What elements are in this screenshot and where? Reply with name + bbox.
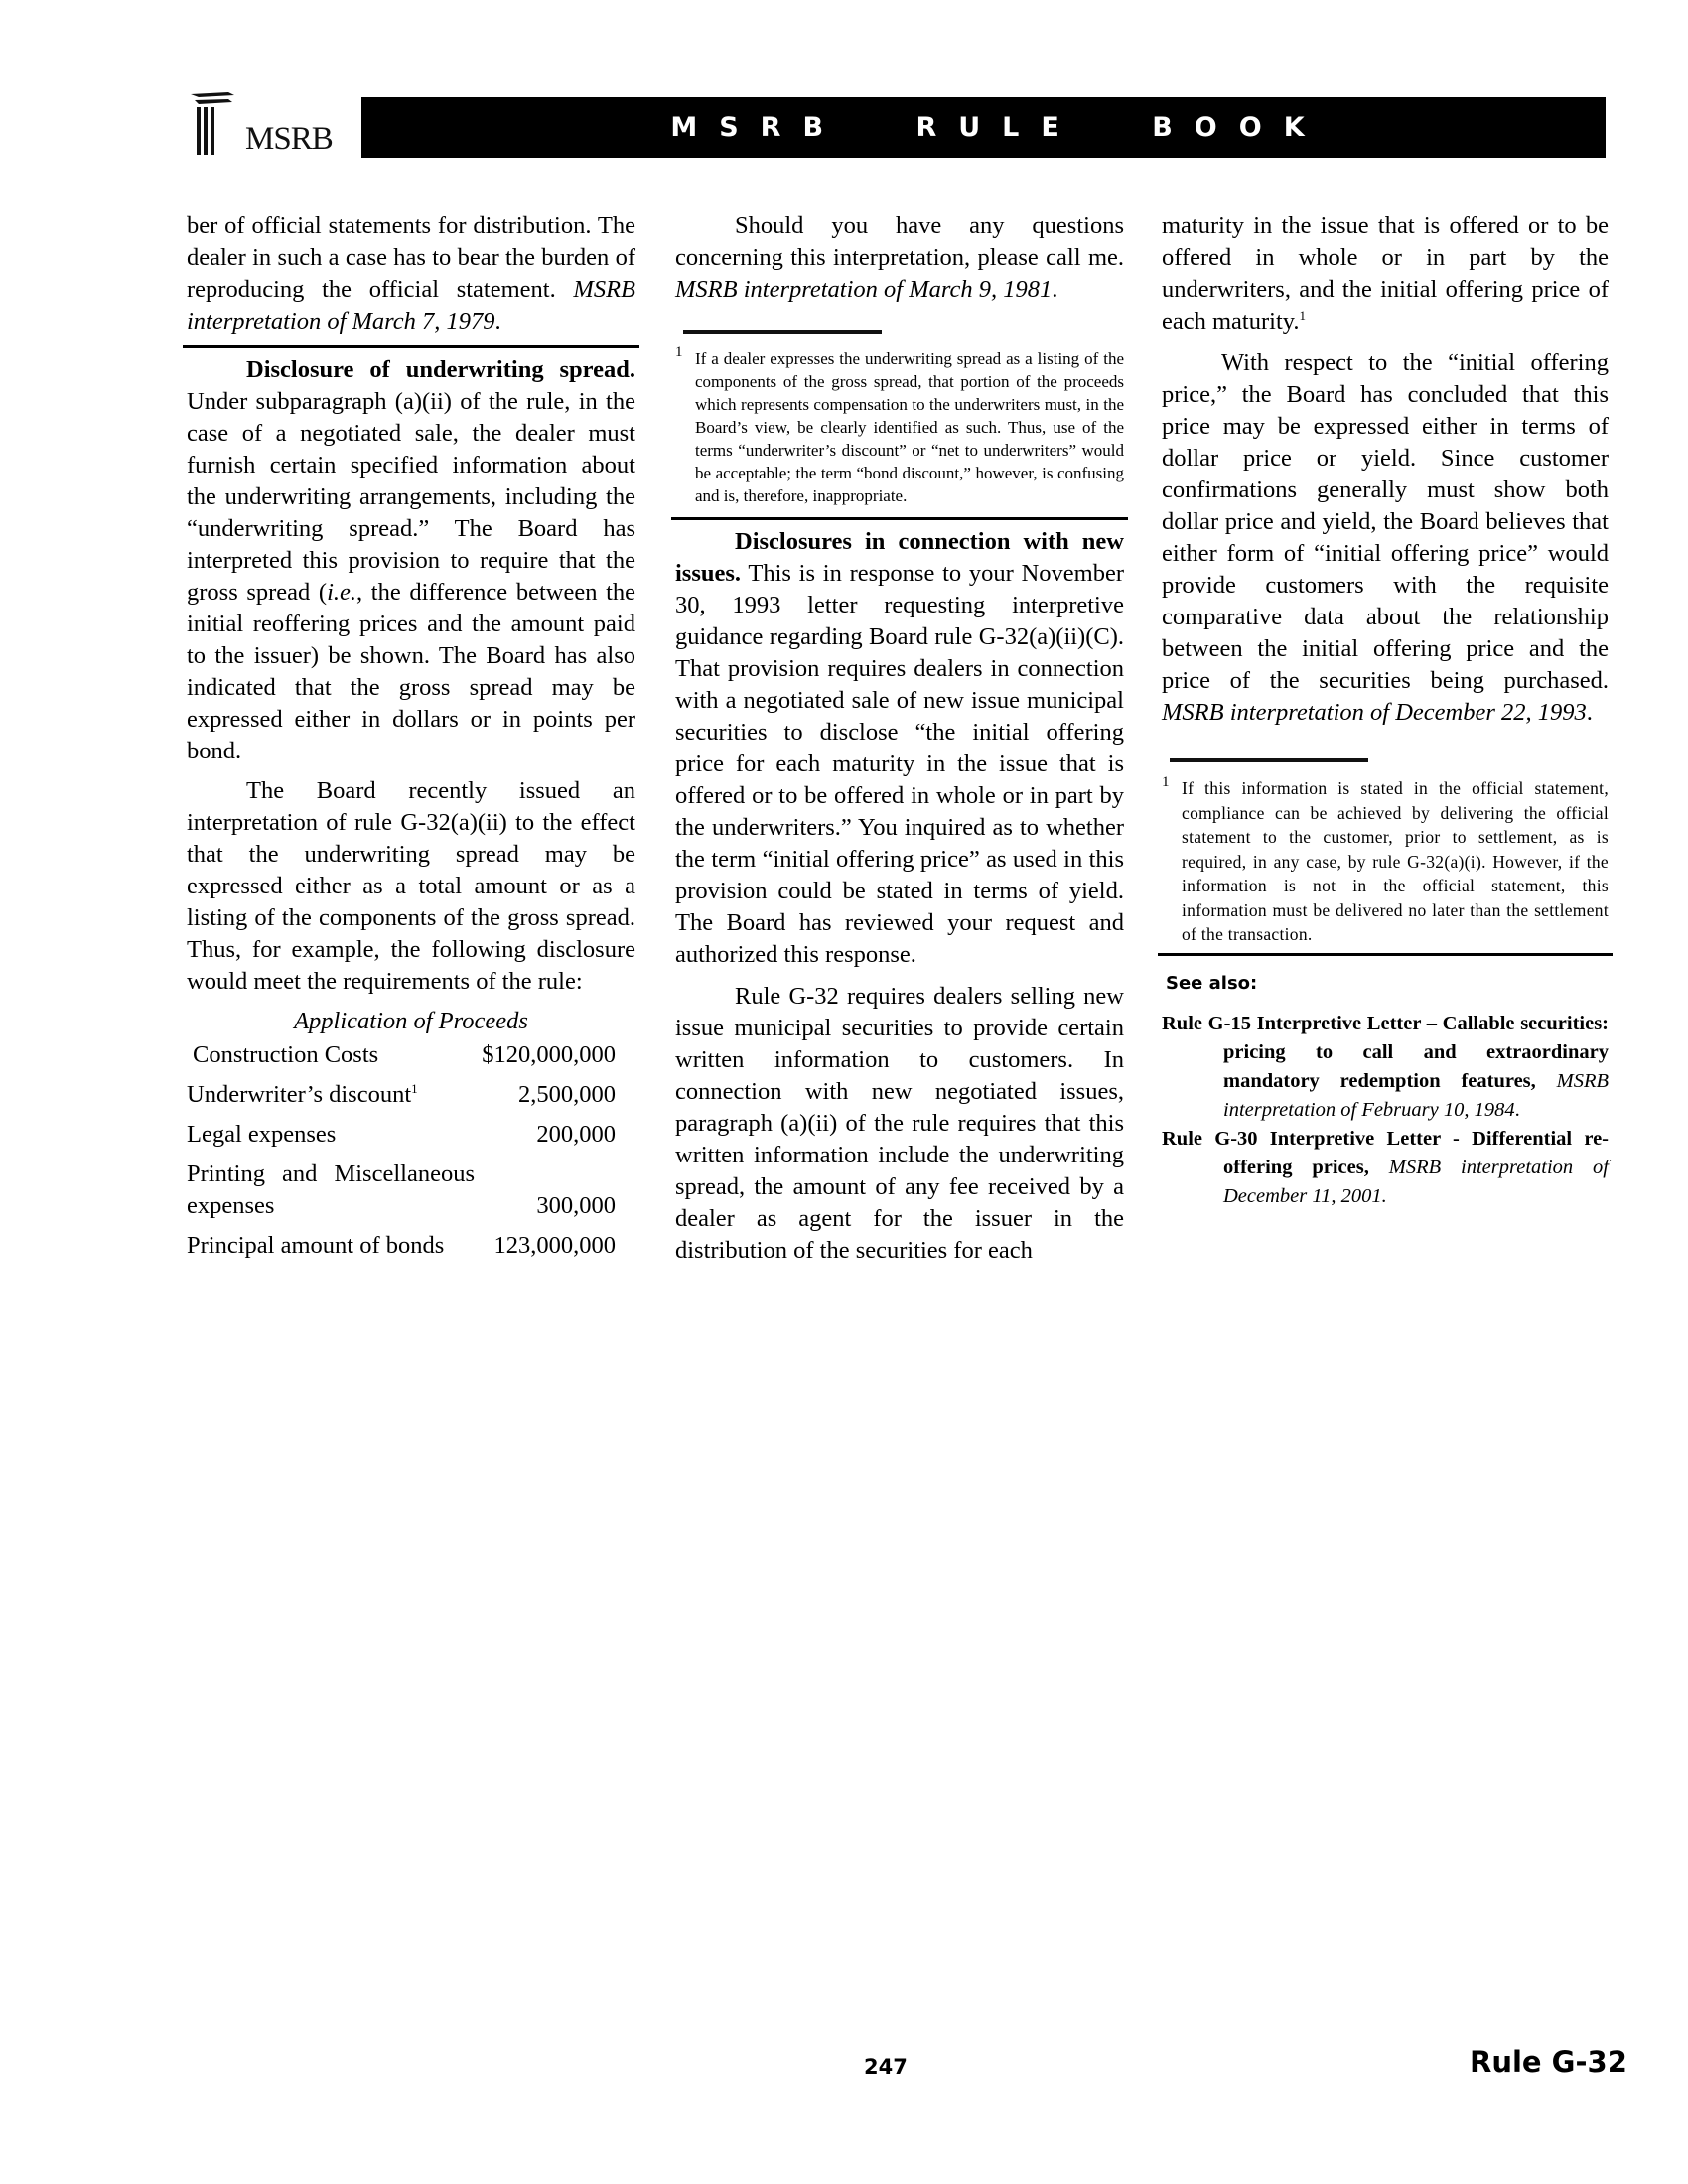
see-also-link[interactable]: Rule G-15 Interpretive Letter – Callable… (1162, 1010, 1609, 1125)
page-number: 247 (864, 2055, 908, 2079)
msrb-logo: MSRB (189, 91, 338, 159)
pillar-icon (189, 91, 238, 159)
column-3: maturity in the issue that is offered or… (1162, 210, 1609, 1211)
section-divider (671, 517, 1128, 520)
logo-text: MSRB (245, 121, 333, 158)
paragraph: maturity in the issue that is offered or… (1162, 210, 1609, 338)
citation: MSRB interpretation of December 22, 1993 (1162, 699, 1587, 726)
table-row: Construction Costs$120,000,000 (187, 1039, 616, 1071)
footnote: 1If this information is stated in the of… (1162, 776, 1609, 947)
table-row: Underwriter’s discount12,500,000 (187, 1071, 616, 1111)
rule-label: Rule G-32 (1470, 2045, 1627, 2079)
paragraph: The Board recently issued an interpretat… (187, 775, 635, 998)
proceeds-table: Construction Costs$120,000,000 Underwrit… (187, 1039, 616, 1262)
footnote-ref: 1 (411, 1081, 418, 1096)
paragraph: ber of official statements for distribut… (187, 210, 635, 338)
proceeds-table-title: Application of Proceeds (187, 1006, 635, 1037)
paragraph: Disclosures in connection with new issue… (675, 526, 1124, 971)
see-also-heading: See also: (1166, 968, 1609, 1000)
header-title: MSRB RULE BOOK (640, 112, 1326, 143)
section-divider (1158, 953, 1613, 956)
citation: MSRB interpretation of March 9, 1981 (675, 276, 1052, 303)
table-row: Principal amount of bonds123,000,000 (187, 1222, 616, 1262)
header-bar: MSRB RULE BOOK (361, 97, 1606, 158)
table-row: Printing and Miscellaneous expenses300,0… (187, 1151, 616, 1222)
footnote-separator (1170, 758, 1368, 762)
paragraph: Disclosure of underwriting spread. Under… (187, 354, 635, 767)
footnote-ref: 1 (1300, 308, 1307, 323)
footnote: 1If a dealer expresses the underwriting … (675, 347, 1124, 507)
paragraph: Should you have any questions concerning… (675, 210, 1124, 306)
section-heading: Disclosure of underwriting spread. (246, 356, 635, 383)
section-divider (183, 345, 639, 348)
paragraph: With respect to the “initial offering pr… (1162, 347, 1609, 729)
paragraph: Rule G-32 requires dealers selling new i… (675, 981, 1124, 1267)
column-2: Should you have any questions concerning… (675, 210, 1124, 1267)
see-also-link[interactable]: Rule G-30 Interpretive Letter - Differen… (1162, 1125, 1609, 1211)
table-row: Legal expenses200,000 (187, 1111, 616, 1151)
column-1: ber of official statements for distribut… (187, 210, 635, 1262)
footnote-separator (683, 330, 882, 334)
